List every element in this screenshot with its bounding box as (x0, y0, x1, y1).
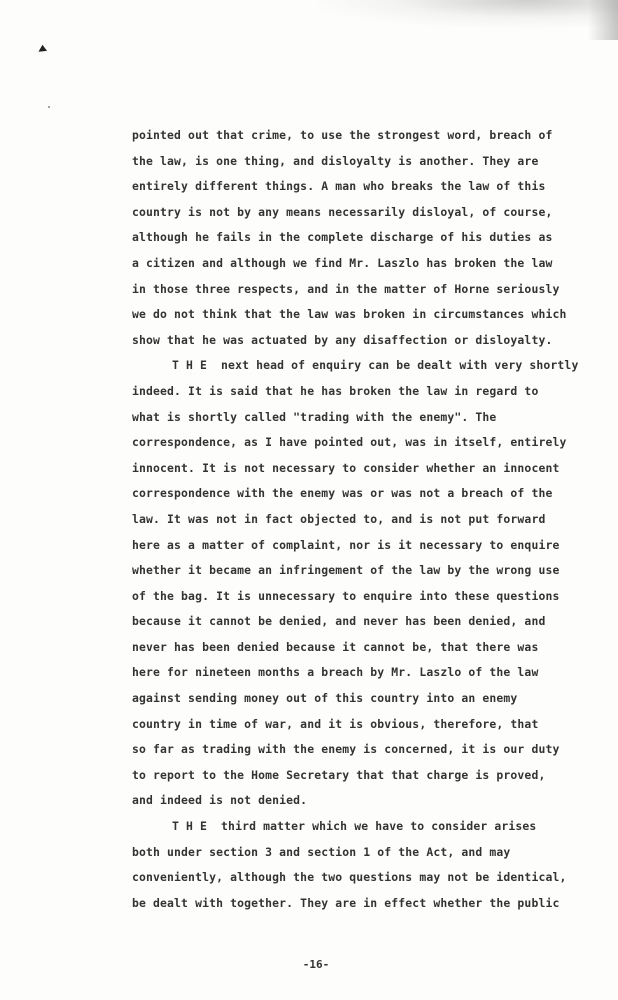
text-line: whether it became an infringement of the… (132, 558, 618, 584)
text-line: correspondence, as I have pointed out, w… (132, 430, 618, 456)
text-line: pointed out that crime, to use the stron… (132, 123, 618, 149)
text-line: although he fails in the complete discha… (132, 225, 618, 251)
paragraph-start-line: T H E third matter which we have to cons… (132, 814, 618, 840)
text-line: here for nineteen months a breach by Mr.… (132, 660, 618, 686)
text-line: a citizen and although we find Mr. Laszl… (132, 251, 618, 277)
text-line: law. It was not in fact objected to, and… (132, 507, 618, 533)
text-line: conveniently, although the two questions… (132, 865, 618, 891)
text-line: country is not by any means necessarily … (132, 200, 618, 226)
body-text: pointed out that crime, to use the stron… (132, 123, 618, 916)
scan-edge-shadow (588, 0, 618, 40)
text-line: because it cannot be denied, and never h… (132, 609, 618, 635)
text-line: both under section 3 and section 1 of th… (132, 840, 618, 866)
margin-mark (38, 45, 48, 55)
paragraph-start-line: T H E next head of enquiry can be dealt … (132, 353, 618, 379)
text-line: entirely different things. A man who bre… (132, 174, 618, 200)
text-line: against sending money out of this countr… (132, 686, 618, 712)
speck (48, 106, 50, 108)
text-line: what is shortly called "trading with the… (132, 405, 618, 431)
text-line: in those three respects, and in the matt… (132, 277, 618, 303)
text-line: to report to the Home Secretary that tha… (132, 763, 618, 789)
text-line: innocent. It is not necessary to conside… (132, 456, 618, 482)
text-line: correspondence with the enemy was or was… (132, 481, 618, 507)
text-line: the law, is one thing, and disloyalty is… (132, 149, 618, 175)
page-number: -16- (0, 958, 618, 971)
text-line: country in time of war, and it is obviou… (132, 712, 618, 738)
text-line: and indeed is not denied. (132, 788, 618, 814)
document-page: pointed out that crime, to use the stron… (0, 0, 618, 1000)
text-line: of the bag. It is unnecessary to enquire… (132, 584, 618, 610)
text-line: be dealt with together. They are in effe… (132, 891, 618, 917)
text-line: never has been denied because it cannot … (132, 635, 618, 661)
text-line: here as a matter of complaint, nor is it… (132, 533, 618, 559)
text-line: show that he was actuated by any disaffe… (132, 328, 618, 354)
scan-shadow (318, 0, 618, 28)
text-line: so far as trading with the enemy is conc… (132, 737, 618, 763)
text-line: we do not think that the law was broken … (132, 302, 618, 328)
text-line: indeed. It is said that he has broken th… (132, 379, 618, 405)
